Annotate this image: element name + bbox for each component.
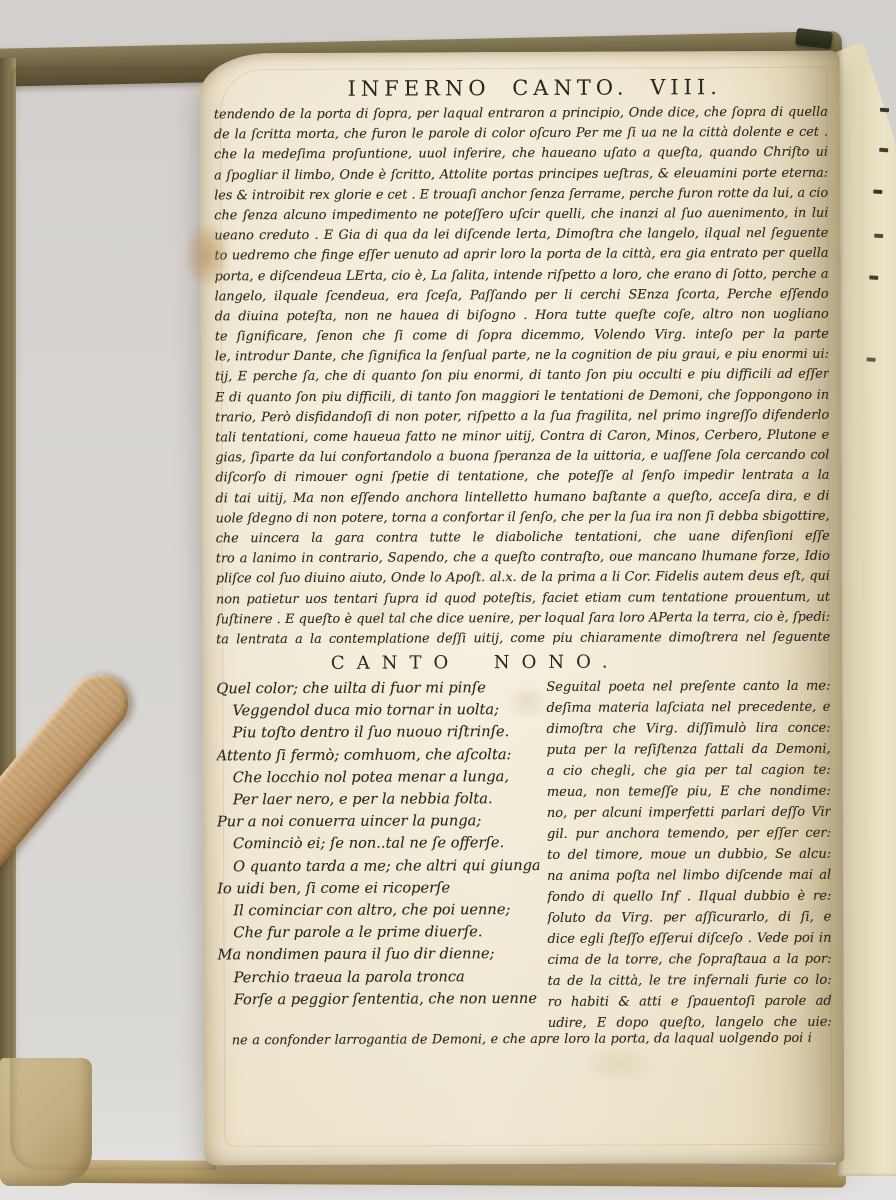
commentary-line: E di quanto ſon piu difficili, di tanto … [215,385,829,408]
commentary-line: trario, Però disfidandoſi di non poter, … [215,405,829,428]
commentary-line: che la medeſima proſuntione, uuol inferi… [214,143,828,166]
commentary-line: ſuſtinere . E queſto è quel tal che dice… [216,607,830,630]
commentary-line: dice egli ſteſſo eſſerui diſceſo . Vede … [547,928,831,950]
commentary-line: che uincera la gara contra tutte le diab… [216,527,830,550]
canto-nono-heading: CANTO NONO. [168,650,782,677]
commentary-line: dimoſtra che Virg. diſſimulò lira conce: [546,718,830,740]
verse-line: Piu toſto dentro il ſuo nuouo riſtrinſe. [216,721,538,745]
verse-line: Che locchio nol potea menar a lunga, [217,766,539,790]
commentary-line: deſima materia laſciata nel precedente, … [546,697,830,719]
text-block: INFERNO CANTO. VIII. tendendo de la port… [214,75,832,1036]
commentary-line: ueano creduto . E Gia di qua da lei diſc… [214,224,828,247]
commentary-line: puta per la reſiſtenza fattali da Demoni… [547,739,831,761]
commentary-line: che ſenza alcuno impedimento ne poteſſer… [214,204,828,227]
verse-line: Attento ſi fermò; comhuom, che aſcolta: [217,744,539,768]
catchline: ne a confonder larrogantia de Demoni, e … [232,1029,812,1052]
verse-line: Veggendol duca mio tornar in uolta; [216,699,538,723]
verse-line: Forſe a peggior ſententia, che non uenne… [218,988,540,1012]
commentary-line: fondo di quello Inf . Ilqual dubbio è re… [547,886,831,908]
verse-line: Il cominciar con altro, che poi uenne; [217,899,539,923]
commentary-line: porta, e diſcendeua LErta, cio è, La ſal… [215,264,829,287]
commentary-line: uole ſdegno di non potere, torna a confo… [216,506,830,529]
commentary-canto8: tendendo de la porta di ſopra, per laqua… [214,103,830,651]
commentary-line: ro habiti & atti e ſpauentoſi parole ad [548,991,832,1013]
book-photo: INFERNO CANTO. VIII. tendendo de la port… [0,0,896,1200]
commentary-line: le, introdur Dante, che ſignifica la ſen… [215,345,829,368]
commentary-column: Seguital poeta nel preſente canto la me:… [546,676,832,1034]
commentary-line: ta de la città, le tre infernali furie c… [548,970,832,992]
commentary-line: na anima poſta nel limbo diſcende mai al [547,865,831,887]
commentary-line: meua, non temeſſe piu, E che nondime: [547,781,831,803]
verse-line: Ma nondimen paura il ſuo dir dienne; [217,943,539,967]
verse-line: Cominciò ei; ſe non..tal ne ſe offerſe. [217,832,539,856]
commentary-line: tendendo de la porta di ſopra, per laqua… [214,103,828,126]
verse-line: Per laer nero, e per la nebbia folta. [217,788,539,812]
commentary-line: a cio chegli, che gia per tal cagion te: [547,760,831,782]
commentary-line: to del timore, moue un dubbio, Se alcu: [547,844,831,866]
commentary-line: ta lentrata a la contemplatione deſſi ui… [216,628,830,651]
commentary-line: langelo, ilquale ſcendeua, era ſceſa, Pa… [215,284,829,307]
two-column-section: Quel color; che uilta di fuor mi pinſeVe… [216,676,832,1036]
verse-line: Perchio traeua la parola tronca [218,965,540,989]
commentary-line: ſoluto da Virg. per aſſicurarlo, di ſi, … [547,907,831,929]
commentary-line: Seguital poeta nel preſente canto la me: [546,676,830,698]
commentary-line: pliſce col ſuo diuino aiuto, Onde lo Apo… [216,567,830,590]
commentary-line: tro a lanimo in contrario, Sapendo, che … [216,547,830,570]
facing-page-text-fragments [880,108,889,113]
commentary-line: diſcorſo di rimouer ogni ſpetie di tenta… [215,466,829,489]
commentary-line: de la ſcritta morta, che furon le parole… [214,123,828,146]
book-page: INFERNO CANTO. VIII. tendendo de la port… [200,51,845,1166]
commentary-line: da diuina poteſta, non ne hauea di biſog… [215,305,829,328]
commentary-line: gil. pur anchora temendo, per eſſer cer: [547,823,831,845]
facing-page-edge [836,36,896,1176]
commentary-line: gias, ſiparte da lui confortandolo a buo… [215,446,829,469]
commentary-line: a ſpogliar il limbo, Onde è ſcritto, Att… [214,163,828,186]
verse-line: O quanto tarda a me; che altri qui giung… [217,854,539,878]
verse-line: Quel color; che uilta di fuor mi pinſe [216,677,538,701]
commentary-line: te ſignificare, ſenon che ſi come di ſop… [215,325,829,348]
commentary-line: to uedremo che finge eſſer uenuto ad apr… [214,244,828,267]
verse-column: Quel color; che uilta di fuor mi pinſeVe… [216,677,540,1035]
commentary-line: di tai uitij, Ma non eſſendo anchora lin… [215,486,829,509]
commentary-line: no, per alcuni imperfetti parlari deſſo … [547,802,831,824]
commentary-line: tij, E perche ſa, che di quanto ſon piu … [215,365,829,388]
commentary-line: non patietur uos tentari ſupra id quod p… [216,587,830,610]
verse-line: Pur a noi conuerra uincer la punga; [217,810,539,834]
fore-edge-page-stack [10,66,216,1170]
verse-line: Che fur parole a le prime diuerſe. [217,921,539,945]
commentary-line: les & introibit rex glorie e cet . E tro… [214,183,828,206]
commentary-line: tali tentationi, come haueua fatto ne mi… [215,426,829,449]
verse-line: Io uidi ben, ſi come ei ricoperſe [217,877,539,901]
running-header: INFERNO CANTO. VIII. [242,75,828,102]
commentary-line: cima de la torre, che ſopraſtaua a la po… [547,949,831,971]
